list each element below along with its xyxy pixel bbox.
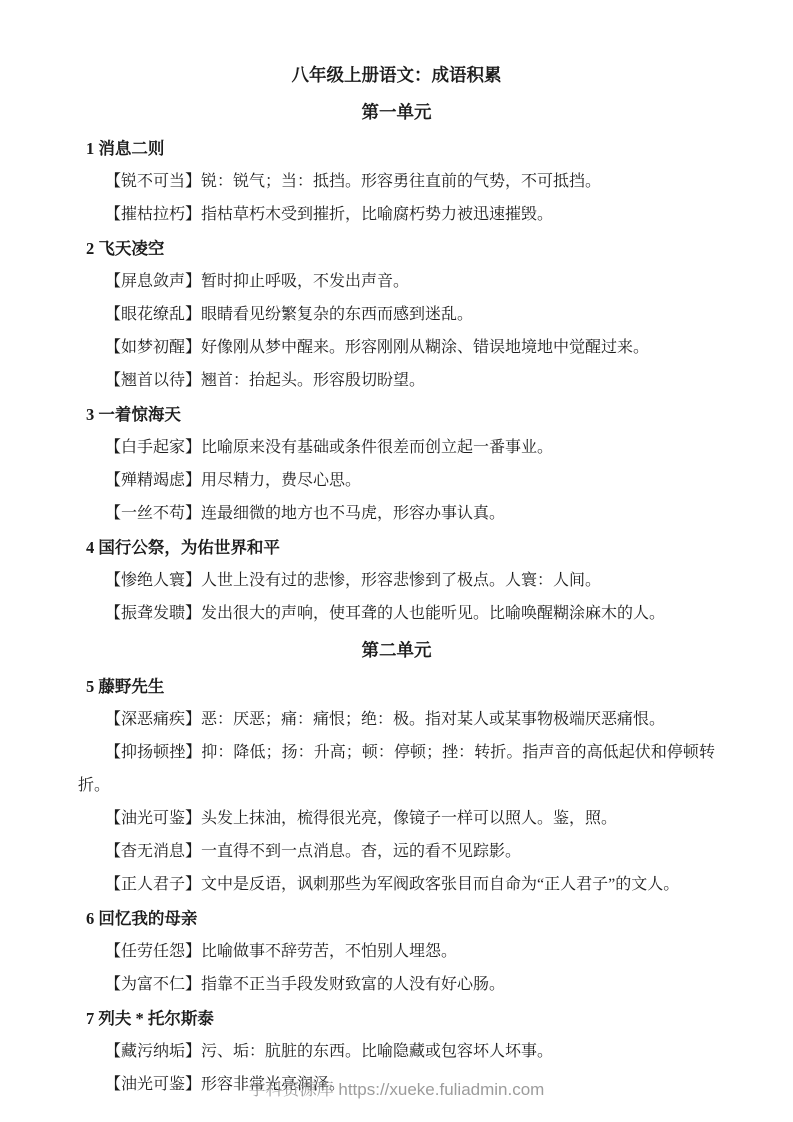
idiom-entry: 【杳无消息】一直得不到一点消息。杳，远的看不见踪影。 — [78, 835, 715, 868]
idiom-term: 【正人君子】 — [105, 876, 201, 893]
idiom-entry: 【摧枯拉朽】指枯草朽木受到摧折，比喻腐朽势力被迅速摧毁。 — [78, 198, 715, 231]
lesson-7-heading: 7 列夫 * 托尔斯泰 — [78, 1002, 715, 1035]
idiom-entry: 【如梦初醒】好像刚从梦中醒来。形容刚刚从糊涂、错误地境地中觉醒过来。 — [78, 331, 715, 364]
idiom-entry: 【深恶痛疾】恶：厌恶；痛：痛恨；绝：极。指对某人或某事物极端厌恶痛恨。 — [78, 703, 715, 736]
lesson-3-heading: 3 一着惊海天 — [78, 398, 715, 431]
idiom-definition: 污、垢：肮脏的东西。比喻隐藏或包容坏人坏事。 — [201, 1043, 553, 1060]
idiom-term: 【如梦初醒】 — [105, 339, 201, 356]
idiom-term: 【抑扬顿挫】 — [105, 744, 201, 761]
idiom-definition: 锐：锐气；当：抵挡。形容勇往直前的气势，不可抵挡。 — [201, 173, 601, 190]
idiom-definition: 指靠不正当手段发财致富的人没有好心肠。 — [201, 976, 505, 993]
idiom-definition: 发出很大的声响，使耳聋的人也能听见。比喻唤醒糊涂麻木的人。 — [201, 605, 665, 622]
idiom-entry: 【抑扬顿挫】抑：降低；扬：升高；顿：停顿；挫：转折。指声音的高低起伏和停顿转折。 — [78, 736, 715, 802]
idiom-entry: 【任劳任怨】比喻做事不辞劳苦，不怕别人埋怨。 — [78, 935, 715, 968]
document-page: 八年级上册语文：成语积累 第一单元 1 消息二则 【锐不可当】锐：锐气；当：抵挡… — [0, 0, 793, 1122]
idiom-entry: 【为富不仁】指靠不正当手段发财致富的人没有好心肠。 — [78, 968, 715, 1001]
idiom-term: 【一丝不苟】 — [105, 505, 201, 522]
page-title: 八年级上册语文：成语积累 — [78, 58, 715, 92]
idiom-term: 【白手起家】 — [105, 439, 201, 456]
idiom-definition: 人世上没有过的悲惨，形容悲惨到了极点。人寰：人间。 — [201, 572, 601, 589]
unit-2-heading: 第二单元 — [78, 633, 715, 667]
idiom-definition: 一直得不到一点消息。杳，远的看不见踪影。 — [201, 843, 521, 860]
unit-1-heading: 第一单元 — [78, 95, 715, 129]
idiom-entry: 【振聋发聩】发出很大的声响，使耳聋的人也能听见。比喻唤醒糊涂麻木的人。 — [78, 597, 715, 630]
lesson-6-heading: 6 回忆我的母亲 — [78, 902, 715, 935]
idiom-definition: 眼睛看见纷繁复杂的东西而感到迷乱。 — [201, 306, 473, 323]
idiom-term: 【杳无消息】 — [105, 843, 201, 860]
idiom-term: 【振聋发聩】 — [105, 605, 201, 622]
idiom-entry: 【油光可鉴】头发上抹油，梳得很光亮，像镜子一样可以照人。鉴，照。 — [78, 802, 715, 835]
idiom-term: 【摧枯拉朽】 — [105, 206, 201, 223]
idiom-term: 【眼花缭乱】 — [105, 306, 201, 323]
idiom-entry: 【翘首以待】翘首：抬起头。形容殷切盼望。 — [78, 364, 715, 397]
idiom-entry: 【屏息敛声】暂时抑止呼吸，不发出声音。 — [78, 265, 715, 298]
lesson-4-heading: 4 国行公祭，为佑世界和平 — [78, 531, 715, 564]
idiom-entry: 【藏污纳垢】污、垢：肮脏的东西。比喻隐藏或包容坏人坏事。 — [78, 1035, 715, 1068]
idiom-definition: 暂时抑止呼吸，不发出声音。 — [201, 273, 409, 290]
idiom-entry: 【眼花缭乱】眼睛看见纷繁复杂的东西而感到迷乱。 — [78, 298, 715, 331]
idiom-definition: 用尽精力，费尽心思。 — [201, 472, 361, 489]
idiom-term: 【翘首以待】 — [105, 372, 201, 389]
idiom-entry: 【白手起家】比喻原来没有基础或条件很差而创立起一番事业。 — [78, 431, 715, 464]
idiom-definition: 头发上抹油，梳得很光亮，像镜子一样可以照人。鉴，照。 — [201, 810, 617, 827]
idiom-term: 【任劳任怨】 — [105, 943, 201, 960]
idiom-term: 【深恶痛疾】 — [105, 711, 201, 728]
lesson-2-heading: 2 飞天凌空 — [78, 232, 715, 265]
footer-watermark: 学科资源库 https://xueke.fuliadmin.com — [0, 1075, 793, 1100]
idiom-term: 【藏污纳垢】 — [105, 1043, 201, 1060]
lesson-5-heading: 5 藤野先生 — [78, 670, 715, 703]
idiom-term: 【惨绝人寰】 — [105, 572, 201, 589]
idiom-entry: 【正人君子】文中是反语，讽刺那些为军阀政客张目而自命为“正人君子”的文人。 — [78, 868, 715, 901]
idiom-definition: 文中是反语，讽刺那些为军阀政客张目而自命为“正人君子”的文人。 — [201, 876, 679, 893]
idiom-entry: 【一丝不苟】连最细微的地方也不马虎，形容办事认真。 — [78, 497, 715, 530]
idiom-term: 【屏息敛声】 — [105, 273, 201, 290]
idiom-entry: 【惨绝人寰】人世上没有过的悲惨，形容悲惨到了极点。人寰：人间。 — [78, 564, 715, 597]
idiom-definition: 恶：厌恶；痛：痛恨；绝：极。指对某人或某事物极端厌恶痛恨。 — [201, 711, 665, 728]
idiom-term: 【为富不仁】 — [105, 976, 201, 993]
idiom-term: 【锐不可当】 — [105, 173, 201, 190]
idiom-definition: 翘首：抬起头。形容殷切盼望。 — [201, 372, 425, 389]
lesson-1-heading: 1 消息二则 — [78, 132, 715, 165]
idiom-definition: 连最细微的地方也不马虎，形容办事认真。 — [201, 505, 505, 522]
idiom-definition: 好像刚从梦中醒来。形容刚刚从糊涂、错误地境地中觉醒过来。 — [201, 339, 649, 356]
idiom-entry: 【锐不可当】锐：锐气；当：抵挡。形容勇往直前的气势，不可抵挡。 — [78, 165, 715, 198]
idiom-definition: 比喻原来没有基础或条件很差而创立起一番事业。 — [201, 439, 553, 456]
idiom-definition: 比喻做事不辞劳苦，不怕别人埋怨。 — [201, 943, 457, 960]
idiom-term: 【殚精竭虑】 — [105, 472, 201, 489]
idiom-term: 【油光可鉴】 — [105, 810, 201, 827]
idiom-definition: 指枯草朽木受到摧折，比喻腐朽势力被迅速摧毁。 — [201, 206, 553, 223]
idiom-entry: 【殚精竭虑】用尽精力，费尽心思。 — [78, 464, 715, 497]
